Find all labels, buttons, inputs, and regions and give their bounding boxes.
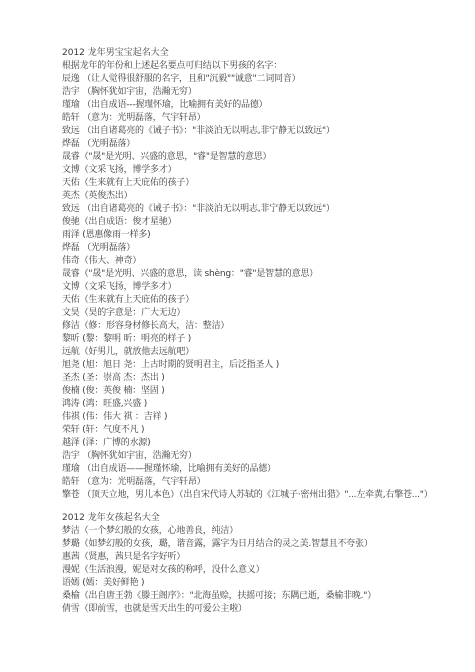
name-entry-line: 倩雪（即前雪，也就是雪天出生的可爱公主啦） xyxy=(62,603,445,616)
name-entry-line: 晟睿（"晟"是光明、兴盛的意思，读 shèng："睿"是智慧的意思） xyxy=(62,268,445,281)
name-entry-line: 越泽 (泽：广博的水源) xyxy=(62,437,445,450)
section-boy-names: 2012 龙年男宝宝起名大全 根据龙年的年份和上述起名要点可归结以下男孩的名字：… xyxy=(62,47,445,502)
name-entry-line: 英杰（英俊杰出） xyxy=(62,190,445,203)
name-entry-line: 文昊（昊的字意是：广大无边） xyxy=(62,307,445,320)
name-entry-line: 圣杰 (圣：崇高 杰：杰出 ) xyxy=(62,372,445,385)
name-entry-line: 皓轩 （意为：光明磊落，气宇轩昂） xyxy=(62,476,445,489)
name-entry-line: 烨磊 （光明磊落） xyxy=(62,242,445,255)
name-entry-line: 文博（文采飞扬，博学多才） xyxy=(62,281,445,294)
name-entry-line: 皓轩 （意为：光明磊落，气宇轩昂） xyxy=(62,112,445,125)
name-entry-line: 辰逸 （让人觉得很舒服的名字，且和"沉毅""诚意"二词同音） xyxy=(62,73,445,86)
name-entry-line: 修洁（修：形容身材修长高大，洁：整洁） xyxy=(62,320,445,333)
name-entry-line: 俊楠 (俊：英俊 楠：坚固 ) xyxy=(62,385,445,398)
section-divider-space xyxy=(62,502,445,512)
name-entry-line: 俊驰（出自成语：俊才星驰） xyxy=(62,216,445,229)
name-entry-line: 旭尧 (旭：旭日 尧：上古时期的贤明君主，后泛指圣人 ) xyxy=(62,359,445,372)
name-entry-line: 桑榆（出自唐王勃《滕王阁序》："北海虽赊，扶摇可接；东隅已逝，桑榆非晚."） xyxy=(62,590,445,603)
name-entry-line: 擎苍 （顶天立地，男儿本色）（出自宋代诗人苏轼的《江城子·密州出猎》"...左牵… xyxy=(62,489,445,502)
name-entry-line: 致远 （出自诸葛亮的《诫子书》："非淡泊无以明志,非宁静无以致远"） xyxy=(62,203,445,216)
name-entry-line: 雨泽 (恩惠像雨一样多) xyxy=(62,229,445,242)
name-entry-line: 天佑（生来就有上天庇佑的孩子） xyxy=(62,177,445,190)
name-entry-line: 浩宇 （胸怀犹如宇宙，浩瀚无穷） xyxy=(62,86,445,99)
name-entry-line: 惠茜（贤惠，茜只是名字好听） xyxy=(62,551,445,564)
name-entry-line: 梦洁（一个梦幻般的女孩，心地善良，纯洁） xyxy=(62,525,445,538)
name-entry-line: 漫妮（生活浪漫，妮是对女孩的称呼，没什么意义） xyxy=(62,564,445,577)
name-entry-line: 伟奇（伟大、神奇） xyxy=(62,255,445,268)
section-title: 2012 龙年女孩起名大全 xyxy=(62,512,445,525)
name-entry-line: 鸿涛 (鸿：旺盛,兴盛 ) xyxy=(62,398,445,411)
name-entry-line: 致远 （出自诸葛亮的《诫子书》："非淡泊无以明志,非宁静无以致远"） xyxy=(62,125,445,138)
name-entry-line: 梦璐（如梦幻般的女孩，璐，谐音露，露字为日月结合的灵之美.智慧且不夸张） xyxy=(62,538,445,551)
name-entry-line: 伟祺 (伟：伟大 祺 ：吉祥 ) xyxy=(62,411,445,424)
section-subtitle: 根据龙年的年份和上述起名要点可归结以下男孩的名字： xyxy=(62,60,445,73)
section-title: 2012 龙年男宝宝起名大全 xyxy=(62,47,445,60)
name-entry-line: 晟睿（"晟"是光明、兴盛的意思，"睿"是智慧的意思） xyxy=(62,151,445,164)
name-entry-line: 远航（好男儿，就放他去远航吧） xyxy=(62,346,445,359)
section-girl-names: 2012 龙年女孩起名大全 梦洁（一个梦幻般的女孩，心地善良，纯洁） 梦璐（如梦… xyxy=(62,512,445,616)
name-entry-line: 瑾瑜 （出自成语---握瑾怀瑜，比喻拥有美好的品德） xyxy=(62,99,445,112)
name-entry-line: 荣轩 (轩：气度不凡 ) xyxy=(62,424,445,437)
document-page: 2012 龙年男宝宝起名大全 根据龙年的年份和上述起名要点可归结以下男孩的名字：… xyxy=(0,0,475,672)
name-entry-line: 瑾瑜 （出自成语——握瑾怀瑜，比喻拥有美好的品德） xyxy=(62,463,445,476)
name-entry-line: 烨磊 （光明磊落） xyxy=(62,138,445,151)
name-entry-line: 浩宇 （胸怀犹如宇宙，浩瀚无穷） xyxy=(62,450,445,463)
name-entry-line: 天佑（生来就有上天庇佑的孩子） xyxy=(62,294,445,307)
name-entry-line: 文博（文采飞扬，博学多才） xyxy=(62,164,445,177)
name-entry-line: 黎昕 (黎：黎明 昕：明亮的样子 ) xyxy=(62,333,445,346)
name-entry-line: 语嫣 (嫣：美好鲜艳 ) xyxy=(62,577,445,590)
